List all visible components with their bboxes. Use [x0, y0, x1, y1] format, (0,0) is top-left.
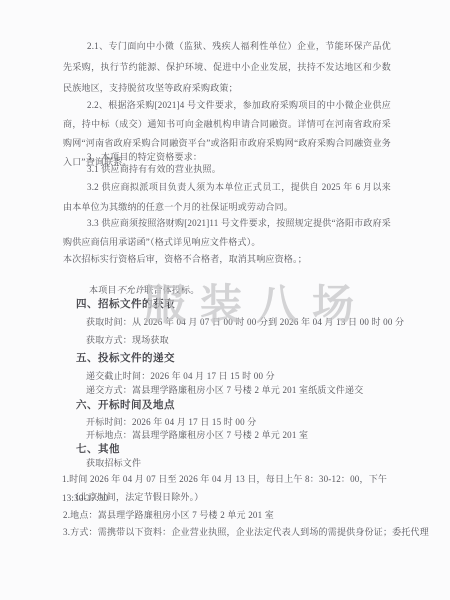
- section7-item-1-note: （北京时间，法定节假日除外。）: [70, 488, 398, 507]
- section4-obtain-time: 获取时间：从 2026 年 04 月 07 日 00 时 00 分到 2026 …: [86, 313, 414, 332]
- joint-bid-prefix: 本项目: [89, 285, 117, 295]
- qualification-item-2: 3.2 供应商拟派项目负责人须为本单位正式员工，提供自 2025 年 6 月以来…: [63, 177, 391, 217]
- scanned-tender-document-page: 服装八场 2.1、专门面向中小微（监狱、残疾人福利性单位）企业，节能环保产品优先…: [0, 0, 450, 600]
- section4-obtain-method: 获取方式：现场获取: [86, 331, 414, 350]
- joint-bid-suffix: 联合体投标。: [144, 285, 199, 295]
- qualification-item-3: 3.3 供应商须按照洛财购[2021]11 号文件要求，按照规定提供“洛阳市政府…: [63, 214, 391, 252]
- section4-heading: 四、招标文件的获取: [76, 295, 404, 314]
- post-review-note: 本次招标实行资格后审，资格不合格者，取消其响应资格。；: [63, 250, 391, 269]
- document-text-layer: 2.1、专门面向中小微（监狱、残疾人福利性单位）企业，节能环保产品优先采购，执行…: [0, 0, 450, 600]
- section5-heading: 五、投标文件的递交: [76, 349, 404, 368]
- joint-bid-not-allowed: 不允许: [117, 285, 145, 295]
- section7-item-3: 3.方式：需携带以下资料：企业营业执照，企业法定代表人到场的需提供身份证；委托代…: [63, 523, 419, 542]
- clause-policy: 2.1、专门面向中小微（监狱、残疾人福利性单位）企业，节能环保产品优先采购，执行…: [63, 36, 391, 99]
